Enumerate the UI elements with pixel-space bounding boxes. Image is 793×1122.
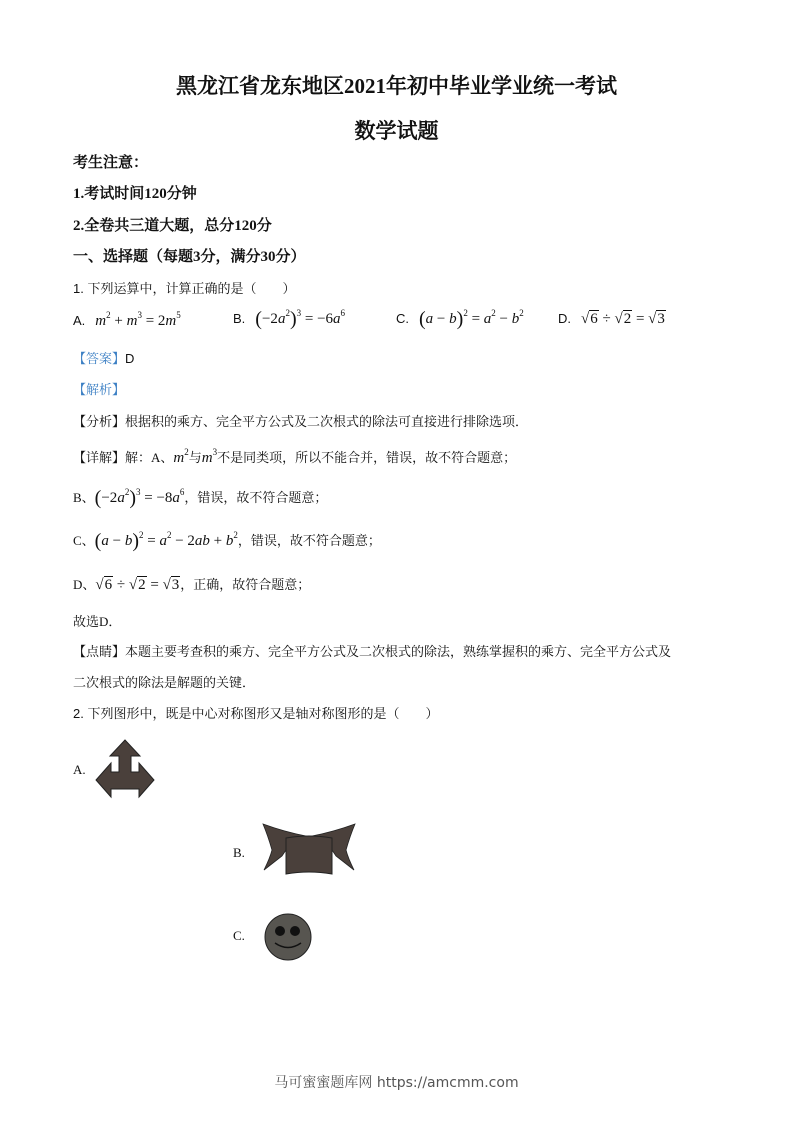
- detail-a-mid: 与: [189, 450, 202, 465]
- detail-b-line: B、(−2a2)3 = −8a6，错误，故不符合题意；: [73, 487, 327, 510]
- detail-b-suffix: ，错误，故不符合题意；: [184, 490, 327, 505]
- q1-option-a: A. m2 + m3 = 2m5: [73, 310, 181, 330]
- dianjing-line-2: 二次根式的除法是解题的关键．: [73, 672, 255, 691]
- option-a-expression: m2 + m3 = 2m5: [95, 313, 180, 329]
- fenxi-text: 根据积的乘方、完全平方公式及二次根式的除法可直接进行排除选项．: [125, 414, 528, 429]
- footer-watermark: 马可蜜蜜题库网 https://amcmm.com: [0, 1072, 793, 1092]
- detail-b-expression: (−2a2)3 = −8a6: [95, 490, 185, 506]
- section-heading: 一、选择题（每题3分，满分30分）: [73, 245, 306, 266]
- option-label: B.: [233, 311, 245, 326]
- xiangjie-label: 【详解】: [73, 450, 125, 465]
- detail-d-suffix: ，正确，故符合题意；: [180, 577, 310, 592]
- question-2-stem: 2. 下列图形中，既是中心对称图形又是轴对称图形的是（ ）: [73, 703, 438, 722]
- dianjing-text-1: 本题主要考查积的乘方、完全平方公式及二次根式的除法，熟练掌握积的乘方、完全平方公…: [125, 644, 671, 659]
- analysis-label: 【解析】: [73, 379, 125, 398]
- option-b-expression: (−2a2)3 = −6a6: [255, 311, 345, 327]
- notice-item-2: 2.全卷共三道大题，总分120分: [73, 214, 272, 235]
- dianjing-line-1: 【点睛】本题主要考查积的乘方、完全平方公式及二次根式的除法，熟练掌握积的乘方、完…: [73, 641, 671, 660]
- fenxi-line: 【分析】根据积的乘方、完全平方公式及二次根式的除法可直接进行排除选项．: [73, 411, 528, 430]
- q2-option-b-label: B.: [233, 845, 245, 861]
- detail-d-prefix: D、: [73, 577, 95, 592]
- three-arrow-shape-icon: [94, 738, 156, 802]
- question-1-stem: 1. 下列运算中，计算正确的是（ ）: [73, 278, 295, 297]
- conclusion: 故选D．: [73, 611, 121, 630]
- detail-c-prefix: C、: [73, 533, 95, 548]
- detail-c-line: C、(a − b)2 = a2 − 2ab + b2，错误，故不符合题意；: [73, 530, 381, 553]
- option-label: D.: [558, 311, 571, 326]
- answer-line: 【答案】D: [73, 348, 134, 368]
- dianjing-label: 【点睛】: [73, 644, 125, 659]
- term-m2: m2: [173, 450, 188, 466]
- detail-c-expression: (a − b)2 = a2 − 2ab + b2: [95, 533, 238, 549]
- detail-b-prefix: B、: [73, 490, 95, 505]
- option-label: A.: [73, 313, 85, 328]
- answer-label: 【答案】: [73, 351, 125, 366]
- bow-ribbon-shape-icon: [260, 822, 358, 878]
- q2-option-c-label: C.: [233, 928, 245, 944]
- notice-item-1: 1.考试时间120分钟: [73, 182, 197, 203]
- smiley-face-circle-icon: [263, 912, 313, 962]
- q2-option-a-label: A.: [73, 762, 86, 778]
- option-label: C.: [396, 311, 409, 326]
- answer-value: D: [125, 351, 134, 366]
- detail-c-suffix: ，错误，故不符合题意；: [238, 533, 381, 548]
- option-d-expression: √6 ÷ √2 = √3: [581, 311, 666, 327]
- option-c-expression: (a − b)2 = a2 − b2: [419, 311, 524, 327]
- q1-option-b: B. (−2a2)3 = −6a6: [233, 308, 345, 331]
- document-title: 黑龙江省龙东地区2021年初中毕业学业统一考试: [0, 70, 793, 100]
- fenxi-label: 【分析】: [73, 414, 125, 429]
- notice-heading: 考生注意：: [73, 151, 148, 172]
- detail-d-expression: √6 ÷ √2 = √3: [95, 576, 180, 593]
- document-subtitle: 数学试题: [0, 115, 793, 145]
- term-m3: m3: [202, 450, 217, 466]
- xiangjie-line: 【详解】解：A、m2与m3不是同类项，所以不能合并，错误，故不符合题意；: [73, 447, 516, 467]
- detail-a-prefix: 解：A、: [125, 450, 173, 465]
- detail-d-line: D、√6 ÷ √2 = √3，正确，故符合题意；: [73, 574, 310, 594]
- q1-option-c: C. (a − b)2 = a2 − b2: [396, 308, 524, 331]
- detail-a-suffix: 不是同类项，所以不能合并，错误，故不符合题意；: [217, 450, 516, 465]
- q1-option-d: D. √6 ÷ √2 = √3: [558, 310, 666, 328]
